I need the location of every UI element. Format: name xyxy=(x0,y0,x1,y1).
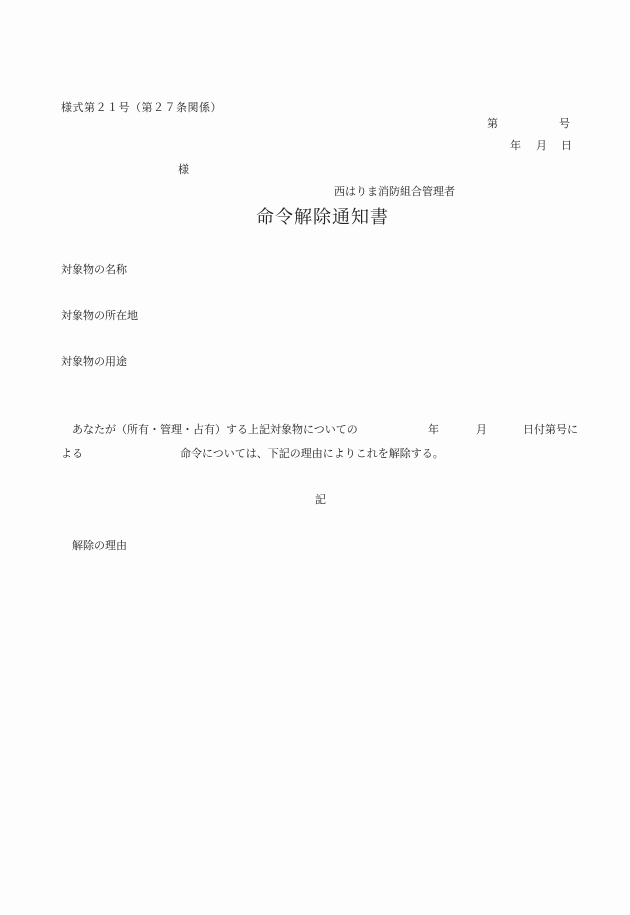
date-day: 日 xyxy=(561,137,572,153)
form-number: 様式第２１号（第２７条関係） xyxy=(61,99,222,115)
body-text-line1: あなたが（所有・管理・占有）する上記対象物についての xyxy=(72,421,358,437)
body-text-line2-start: よる xyxy=(61,445,83,461)
doc-number-suffix: 号 xyxy=(559,115,570,131)
date-year: 年 xyxy=(510,137,521,153)
body-month: 月 xyxy=(476,421,487,437)
field-object-location: 対象物の所在地 xyxy=(61,307,138,323)
addressee-honorific: 様 xyxy=(178,161,189,177)
doc-number-prefix: 第 xyxy=(487,115,498,131)
reason-label: 解除の理由 xyxy=(72,537,127,553)
issuer: 西はりま消防組合管理者 xyxy=(334,183,455,199)
ki-heading: 記 xyxy=(315,491,326,507)
body-day-number: 日付第号に xyxy=(523,421,578,437)
field-object-name: 対象物の名称 xyxy=(61,261,127,277)
date-month: 月 xyxy=(536,137,547,153)
field-object-use: 対象物の用途 xyxy=(61,353,127,369)
document-title: 命令解除通知書 xyxy=(0,203,630,229)
body-year: 年 xyxy=(428,421,439,437)
body-text-line2: 命令については、下記の理由によりこれを解除する。 xyxy=(180,445,444,461)
